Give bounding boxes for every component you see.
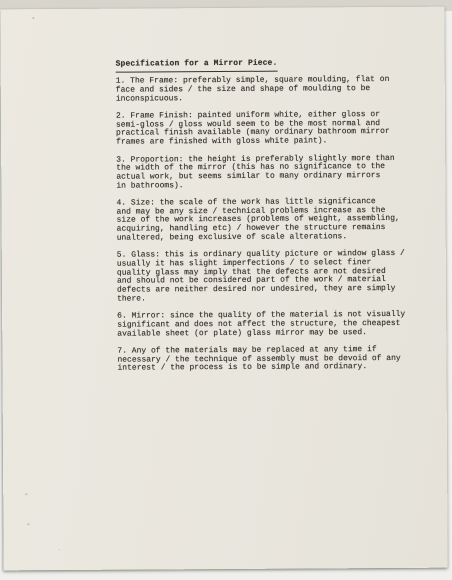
- spec-item-frame-finish: 2. Frame Finish: painted uniform white, …: [116, 111, 418, 148]
- spec-item-glass: 5. Glass: this is ordinary quality pictu…: [117, 250, 419, 304]
- paper-speck: [32, 17, 34, 19]
- spec-item-materials: 7. Any of the materials may be replaced …: [117, 346, 419, 374]
- paper-speck: [25, 493, 27, 495]
- spec-item-proportion: 3. Proportion: the height is preferably …: [116, 154, 418, 191]
- document-body: Specification for a Mirror Piece. 1. The…: [116, 51, 420, 383]
- spec-item-mirror: 6. Mirror: since the quality of the mate…: [117, 311, 419, 339]
- paper-speck: [27, 523, 29, 525]
- spec-item-frame: 1. The Frame: preferably simple, square …: [116, 76, 418, 104]
- spec-item-size: 4. Size: the scale of the work has littl…: [116, 198, 418, 243]
- paper-speck: [59, 549, 60, 550]
- artwork-scan: Specification for a Mirror Piece. 1. The…: [0, 0, 452, 580]
- document-title: Specification for a Mirror Piece.: [116, 60, 278, 73]
- document-page: Specification for a Mirror Piece. 1. The…: [0, 7, 447, 571]
